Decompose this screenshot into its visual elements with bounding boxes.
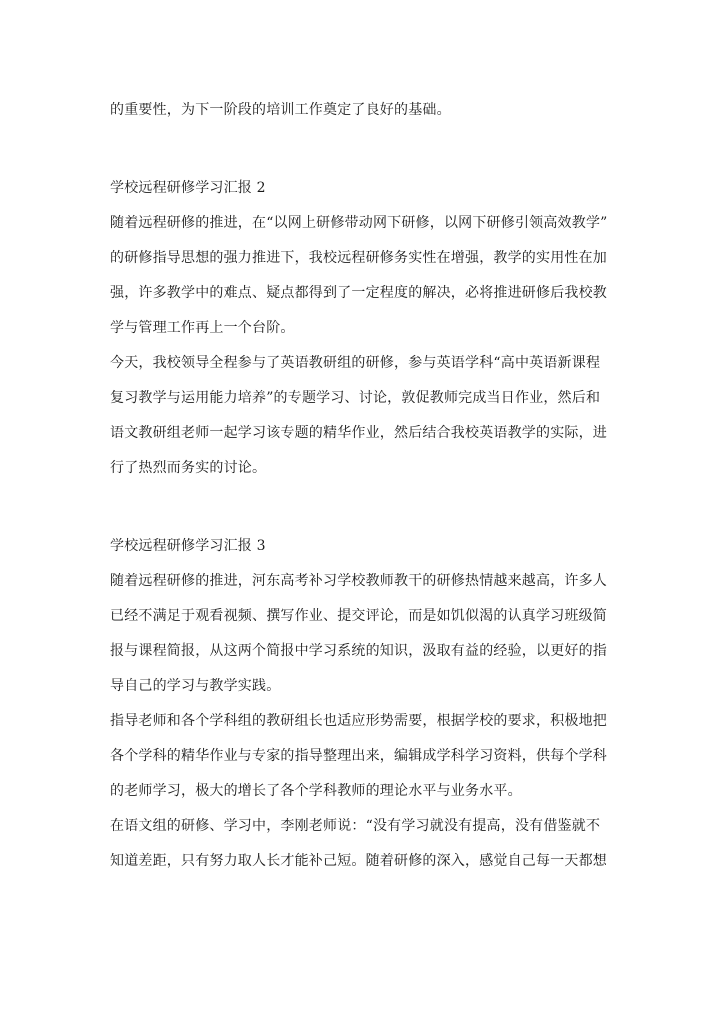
paragraph: 在语文组的研修、学习中，李刚老师说：“没有学习就没有提高，没有借鉴就不 知道差距… [110,809,614,879]
section-title: 学校远程研修学习汇报 2 [110,171,614,206]
paragraph: 随着远程研修的推进，河东高考补习学校教师教干的研修热情越来越高，许多人 已经不满… [110,564,614,704]
paragraph-line: 的重要性，为下一阶段的培训工作奠定了良好的基础。 [110,93,614,128]
paragraph: 指导老师和各个学科组的教研组长也适应形势需要，根据学校的要求，积极地把 各个学科… [110,704,614,809]
paragraph-line: 随着远程研修的推进，河东高考补习学校教师教干的研修热情越来越高，许多人 [110,564,614,599]
paragraph-line: 复习教学与运用能力培养”的专题学习、讨论，敦促教师完成当日作业，然后和 [110,381,614,416]
paragraph-line: 语文教研组老师一起学习该专题的精华作业，然后结合我校英语教学的实际，进 [110,416,614,451]
paragraph-line: 导自己的学习与教学实践。 [110,669,614,704]
paragraph-line: 的老师学习，极大的增长了各个学科教师的理论水平与业务水平。 [110,774,614,809]
paragraph-line: 指导老师和各个学科组的教研组长也适应形势需要，根据学校的要求，积极地把 [110,704,614,739]
paragraph: 今天，我校领导全程参与了英语教研组的研修，参与英语学科“高中英语新课程 复习教学… [110,346,614,486]
section-gap [110,486,614,529]
document-page: 的重要性，为下一阶段的培训工作奠定了良好的基础。 学校远程研修学习汇报 2 随着… [110,93,614,879]
paragraph-line: 学与管理工作再上一个台阶。 [110,311,614,346]
paragraph-line: 知道差距，只有努力取人长才能补己短。随着研修的深入，感觉自己每一天都想 [110,844,614,879]
paragraph-line: 在语文组的研修、学习中，李刚老师说：“没有学习就没有提高，没有借鉴就不 [110,809,614,844]
paragraph-line: 已经不满足于观看视频、撰写作业、提交评论，而是如饥似渴的认真学习班级简 [110,599,614,634]
section-gap [110,128,614,171]
paragraph-line: 强，许多教学中的难点、疑点都得到了一定程度的解决，必将推进研修后我校教 [110,276,614,311]
paragraph-line: 各个学科的精华作业与专家的指导整理出来，编辑成学科学习资料，供每个学科 [110,739,614,774]
paragraph-line: 行了热烈而务实的讨论。 [110,451,614,486]
paragraph-line: 报与课程简报，从这两个简报中学习系统的知识，汲取有益的经验，以更好的指 [110,634,614,669]
paragraph: 随着远程研修的推进，在“以网上研修带动网下研修，以网下研修引领高效教学” 的研修… [110,206,614,346]
section-title: 学校远程研修学习汇报 3 [110,529,614,564]
paragraph-line: 今天，我校领导全程参与了英语教研组的研修，参与英语学科“高中英语新课程 [110,346,614,381]
paragraph-line: 的研修指导思想的强力推进下，我校远程研修务实性在增强，教学的实用性在加 [110,241,614,276]
paragraph-line: 随着远程研修的推进，在“以网上研修带动网下研修，以网下研修引领高效教学” [110,206,614,241]
